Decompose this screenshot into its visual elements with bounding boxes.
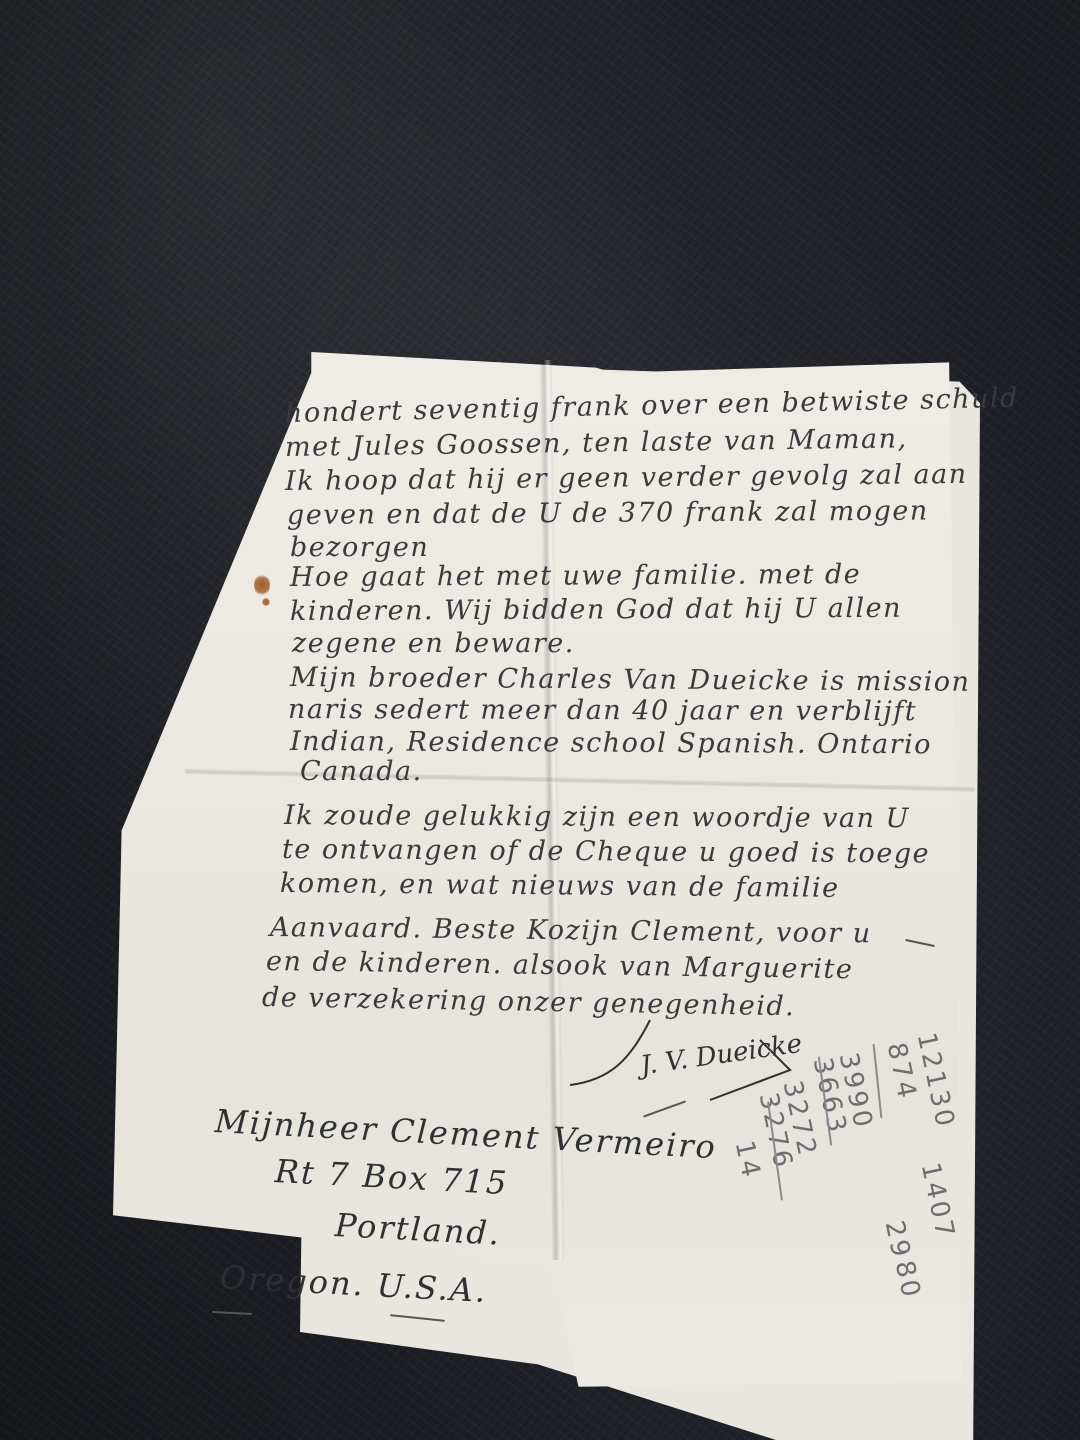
pencil-calculation-column: 80 xyxy=(889,1258,926,1302)
pencil-calculation-column: 1407 xyxy=(915,1160,961,1243)
pencil-number: 29 xyxy=(879,1218,916,1262)
pencil-number: 80 xyxy=(889,1258,926,1302)
recipient-city: Portland. xyxy=(334,1206,502,1253)
letter-line: Ik hoop dat hij er geen verder gevolg za… xyxy=(285,459,968,497)
handwritten-letter: hondert seventig frank over een betwiste… xyxy=(0,0,1080,1440)
letter-line: Hoe gaat het met uwe familie. met de xyxy=(290,559,861,593)
letter-line: komen, en wat nieuws van de familie xyxy=(280,868,840,904)
letter-line: te ontvangen of de Cheque u goed is toeg… xyxy=(282,834,930,870)
letter-line: naris sedert meer dan 40 jaar en verblij… xyxy=(288,694,917,727)
letter-line: geven en dat de U de 370 frank zal mogen xyxy=(287,496,929,531)
margin-dash xyxy=(905,939,935,947)
letter-line: Mijn broeder Charles Van Dueicke is miss… xyxy=(290,662,971,698)
letter-line: bezorgen xyxy=(290,532,429,563)
pencil-number: 1407 xyxy=(915,1160,961,1243)
letter-line: Ik zoude gelukkig zijn een woordje van U xyxy=(284,800,910,834)
letter-line: met Jules Goossen, ten laste van Maman, xyxy=(285,423,908,463)
letter-line: en de kinderen. alsook van Marguerite xyxy=(266,946,854,985)
letter-line: kinderen. Wij bidden God dat hij U allen xyxy=(290,593,902,627)
underline-mark xyxy=(390,1314,445,1322)
letter-line: hondert seventig frank over een betwiste… xyxy=(285,383,1019,429)
pencil-number: 14 xyxy=(729,1138,766,1182)
pencil-calculation-column: 29 xyxy=(879,1218,916,1262)
letter-line: Canada. xyxy=(300,756,423,787)
recipient-street: Rt 7 Box 715 xyxy=(274,1152,509,1202)
letter-line: Aanvaard. Beste Kozijn Clement, voor u xyxy=(270,912,872,949)
recipient-state-country: Oregon. U.S.A. xyxy=(219,1258,488,1310)
letter-line: zegene en beware. xyxy=(292,628,575,659)
pencil-calculation-column: 14 xyxy=(729,1138,766,1182)
underline-mark xyxy=(212,1311,252,1315)
